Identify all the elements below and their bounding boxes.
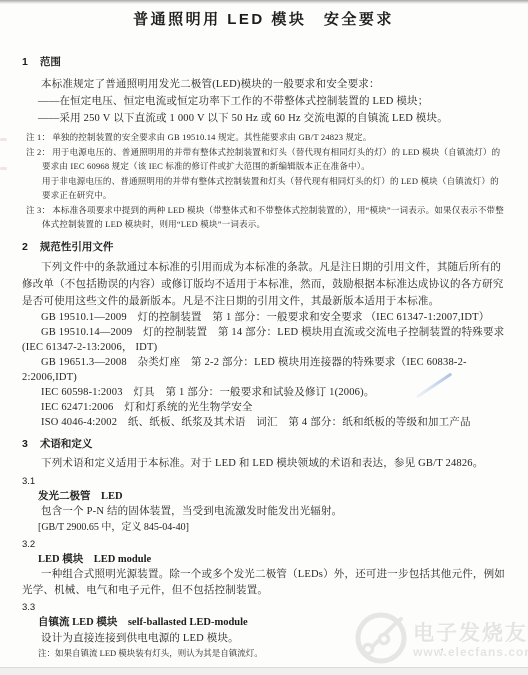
reference-item: GB 19510.1—2009 灯的控制装置 第 1 部分：一般要求和安全要求 …	[22, 310, 505, 325]
definition-source: [GB/T 2900.65 中，定义 845-04-40]	[22, 520, 505, 535]
definition-3-1: 3.1 发光二极管 LED 包含一个 P-N 结的固体装置，当受到电流激发时能发…	[22, 475, 505, 535]
note-3: 注 3：本标准各项要求中提到的两种 LED 模块（带整体式和不带整体式控制装置的…	[24, 203, 505, 232]
note-3-label: 注 3：	[26, 205, 50, 215]
definition-number: 3.3	[22, 601, 505, 615]
definition-body: 一种组合式照明光源装置。除一个或多个发光二极管（LEDs）外，还可进一步包括其他…	[22, 567, 505, 598]
section-2-heading: 2规范性引用文件	[22, 240, 505, 254]
definition-term: 自镇流 LED 模块 self-ballasted LED-module	[22, 615, 505, 631]
definition-3-3: 3.3 自镇流 LED 模块 self-ballasted LED-module…	[22, 601, 505, 661]
scan-smudge	[0, 138, 7, 141]
note-2-continued: 用于非电源电压的、普通照明用的并带有整体式控制装置和灯头（替代现有相同灯头的灯）…	[24, 174, 505, 203]
definition-body: 设计为直接连接到供电电源的 LED 模块。	[22, 631, 505, 647]
section-3-heading: 3术语和定义	[22, 437, 505, 451]
page-title: 普通照明用 LED 模块 安全要求	[22, 10, 505, 30]
page-content: 普通照明用 LED 模块 安全要求 1范围 本标准规定了普通照明用发光二极管(L…	[0, 3, 528, 675]
scope-item-1: ——在恒定电压、恒定电流或恒定功率下工作的不带整体式控制装置的 LED 模块；	[22, 93, 505, 110]
definition-term: 发光二极管 LED	[22, 489, 505, 505]
section-1-title: 范围	[40, 56, 61, 68]
definition-term: LED 模块 LED module	[22, 552, 505, 568]
definition-body: 包含一个 P-N 结的固体装置，当受到电流激发时能发出光辐射。	[22, 504, 505, 520]
page-number: 1	[440, 647, 445, 657]
reference-item: ISO 4046-4:2002 纸、纸板、纸浆及其术语 词汇 第 4 部分：纸和…	[22, 415, 505, 430]
note-2-label: 注 2：	[26, 147, 50, 157]
reference-item: GB 19510.14—2009 灯的控制装置 第 14 部分：LED 模块用直…	[22, 325, 505, 355]
definition-number: 3.1	[22, 475, 505, 489]
definition-note: 注：如果自镇流 LED 模块装有灯头，则认为其是自镇流灯。	[22, 647, 505, 661]
note-1-label: 注 1：	[26, 132, 50, 142]
section-2-title: 规范性引用文件	[40, 241, 114, 253]
scan-smudge	[0, 167, 7, 170]
references-intro: 下列文件中的条款通过本标准的引用而成为本标准的条款。凡是注日期的引用文件，其随后…	[22, 259, 505, 310]
section-1-heading: 1范围	[22, 55, 505, 69]
note-1-text: 单独的控制装置的安全要求由 GB 19510.14 规定。其性能要求由 GB/T…	[52, 132, 371, 142]
section-2-number: 2	[22, 241, 28, 253]
section-1-number: 1	[22, 56, 28, 68]
section-3-number: 3	[22, 438, 28, 450]
definition-3-2: 3.2 LED 模块 LED module 一种组合式照明光源装置。除一个或多个…	[22, 538, 505, 599]
note-1: 注 1：单独的控制装置的安全要求由 GB 19510.14 规定。其性能要求由 …	[24, 130, 505, 145]
terms-intro: 下列术语和定义适用于本标准。对于 LED 和 LED 模块领域的术语和表达，参见…	[22, 456, 505, 472]
scope-intro: 本标准规定了普通照明用发光二极管(LED)模块的一般要求和安全要求：	[22, 76, 505, 93]
reference-list: GB 19510.1—2009 灯的控制装置 第 1 部分：一般要求和安全要求 …	[22, 310, 505, 430]
section-3-title: 术语和定义	[40, 438, 93, 450]
scan-bottom-edge	[0, 667, 528, 675]
scanned-standard-page: 普通照明用 LED 模块 安全要求 1范围 本标准规定了普通照明用发光二极管(L…	[0, 0, 528, 675]
reference-item: GB 19651.3—2008 杂类灯座 第 2-2 部分：LED 模块用连接器…	[22, 355, 505, 385]
scope-item-2: ——采用 250 V 以下直流或 1 000 V 以下 50 Hz 或 60 H…	[22, 110, 505, 127]
note-2: 注 2：用于电源电压的、普通照明用的并带有整体式控制装置和灯头（替代现有相同灯头…	[24, 145, 505, 174]
reference-item: IEC 62471:2006 灯和灯系统的光生物学安全	[22, 400, 505, 415]
note-3-text: 本标准各项要求中提到的两种 LED 模块（带整体式和不带整体式控制装置的），用“…	[42, 205, 504, 230]
scope-notes: 注 1：单独的控制装置的安全要求由 GB 19510.14 规定。其性能要求由 …	[22, 130, 505, 232]
note-2-text: 用于电源电压的、普通照明用的并带有整体式控制装置和灯头（替代现有相同灯头的灯）的…	[42, 147, 500, 172]
definition-number: 3.2	[22, 538, 505, 552]
